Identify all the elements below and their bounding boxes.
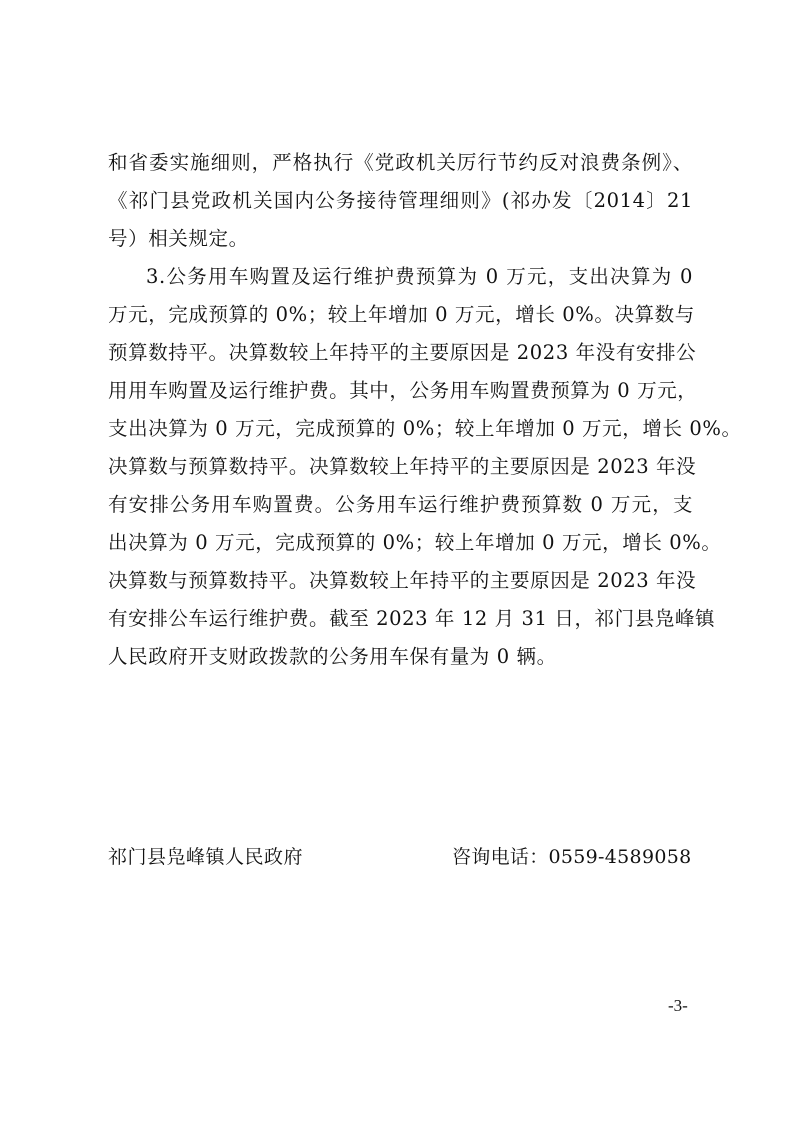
document-page: 和省委实施细则，严格执行《党政机关厉行节约反对浪费条例》、 《祁门县党政机关国内… — [0, 0, 793, 1122]
paragraph-line: 万元，完成预算的 0%；较上年增加 0 万元，增长 0%。决算数与 — [108, 303, 693, 327]
paragraph-line: 出决算为 0 万元，完成预算的 0%；较上年增加 0 万元，增长 0%。 — [108, 531, 693, 555]
paragraph-line: 有安排公车运行维护费。截至 2023 年 12 月 31 日，祁门县凫峰镇 — [108, 607, 693, 631]
footer-contact-phone: 咨询电话：0559-4589058 — [452, 842, 692, 869]
page-number: -3- — [668, 996, 688, 1016]
paragraph-line: 用用车购置及运行维护费。其中，公务用车购置费预算为 0 万元， — [108, 379, 693, 403]
paragraph-line: 和省委实施细则，严格执行《党政机关厉行节约反对浪费条例》、 — [108, 151, 693, 175]
paragraph-line: 决算数与预算数持平。决算数较上年持平的主要原因是 2023 年没 — [108, 455, 693, 479]
paragraph-line: 预算数持平。决算数较上年持平的主要原因是 2023 年没有安排公 — [108, 341, 693, 365]
paragraph-line: 3.公务用车购置及运行维护费预算为 0 万元，支出决算为 0 — [146, 265, 693, 289]
paragraph-line: 人民政府开支财政拨款的公务用车保有量为 0 辆。 — [108, 645, 693, 669]
paragraph-line: 有安排公务用车购置费。公务用车运行维护费预算数 0 万元，支 — [108, 493, 693, 517]
paragraph-line: 号）相关规定。 — [108, 227, 693, 251]
paragraph-line: 支出决算为 0 万元，完成预算的 0%；较上年增加 0 万元，增长 0%。 — [108, 417, 693, 441]
paragraph-line: 决算数与预算数持平。决算数较上年持平的主要原因是 2023 年没 — [108, 569, 693, 593]
paragraph-line: 《祁门县党政机关国内公务接待管理细则》(祁办发〔2014〕21 — [108, 189, 693, 213]
footer-organization: 祁门县凫峰镇人民政府 — [108, 842, 303, 869]
